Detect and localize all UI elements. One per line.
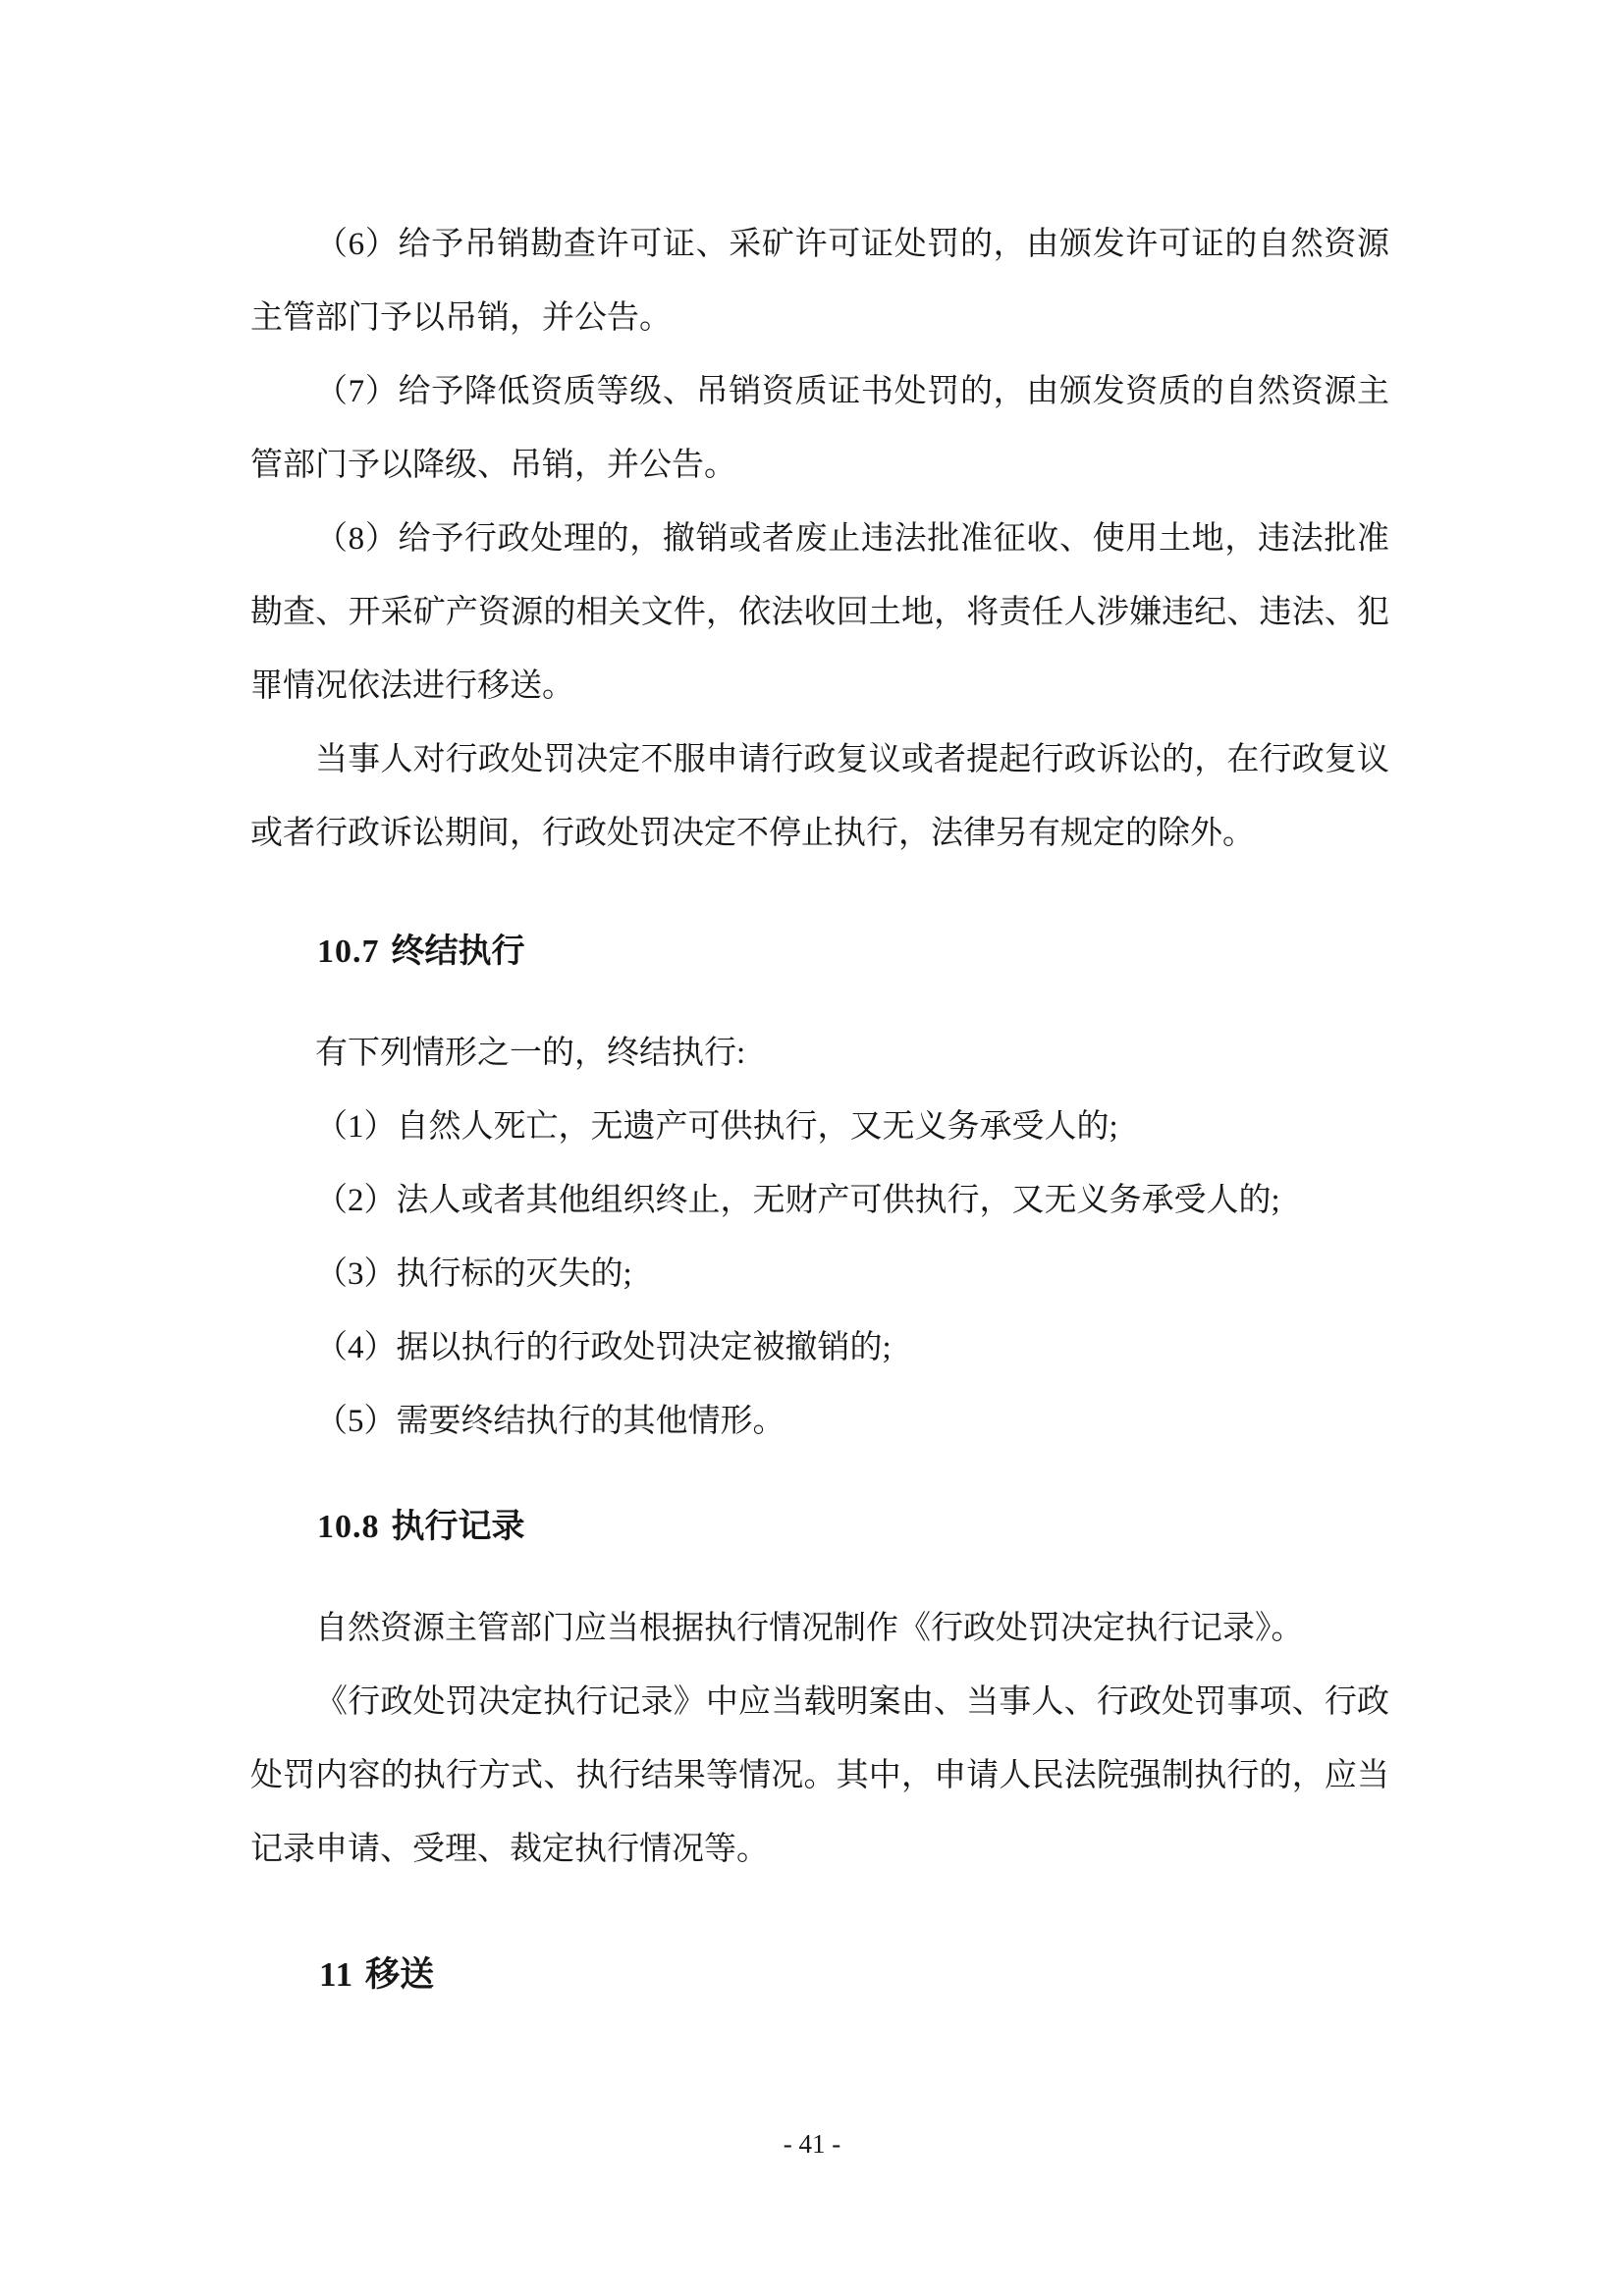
list-item-1: （1）自然人死亡，无遗产可供执行，又无义务承受人的; (250, 1091, 1389, 1164)
list-item-2: （2）法人或者其他组织终止，无财产可供执行，又无义务承受人的; (250, 1164, 1389, 1238)
section-number: 10.7 (317, 934, 380, 970)
list-item-5: （5）需要终结执行的其他情形。 (250, 1385, 1389, 1459)
document-page: （6）给予吊销勘查许可证、采矿许可证处罚的，由颁发许可证的自然资源主管部门予以吊… (0, 0, 1624, 2296)
section-number: 11 (319, 1955, 353, 1994)
paragraph-record-detail: 《行政处罚决定执行记录》中应当载明案由、当事人、行政处罚事项、行政处罚内容的执行… (250, 1666, 1389, 1887)
section-heading-10-8: 10.8执行记录 (250, 1490, 1389, 1564)
section-title: 移送 (365, 1955, 434, 1994)
section-title: 执行记录 (392, 1509, 525, 1545)
section-number: 10.8 (317, 1509, 380, 1545)
paragraph-item-8: （8）给予行政处理的，撤销或者废止违法批准征收、使用土地，违法批准勘查、开采矿产… (250, 503, 1389, 723)
list-item-4: （4）据以执行的行政处罚决定被撤销的; (250, 1311, 1389, 1385)
paragraph-appeal-clause: 当事人对行政处罚决定不服申请行政复议或者提起行政诉讼的，在行政复议或者行政诉讼期… (250, 723, 1389, 871)
section-heading-10-7: 10.7终结执行 (250, 915, 1389, 988)
list-item-3: （3）执行标的灭失的; (250, 1238, 1389, 1311)
paragraph-item-7: （7）给予降低资质等级、吊销资质证书处罚的，由颁发资质的自然资源主管部门予以降级… (250, 355, 1389, 503)
page-number: - 41 - (0, 2128, 1624, 2160)
paragraph-record-intro: 自然资源主管部门应当根据执行情况制作《行政处罚决定执行记录》。 (250, 1592, 1389, 1666)
section-title: 终结执行 (392, 934, 525, 970)
document-body: （6）给予吊销勘查许可证、采矿许可证处罚的，由颁发许可证的自然资源主管部门予以吊… (250, 208, 1389, 2011)
section-heading-11: 11移送 (250, 1938, 1389, 2011)
paragraph-item-6: （6）给予吊销勘查许可证、采矿许可证处罚的，由颁发许可证的自然资源主管部门予以吊… (250, 208, 1389, 355)
paragraph-termination-intro: 有下列情形之一的，终结执行: (250, 1017, 1389, 1091)
